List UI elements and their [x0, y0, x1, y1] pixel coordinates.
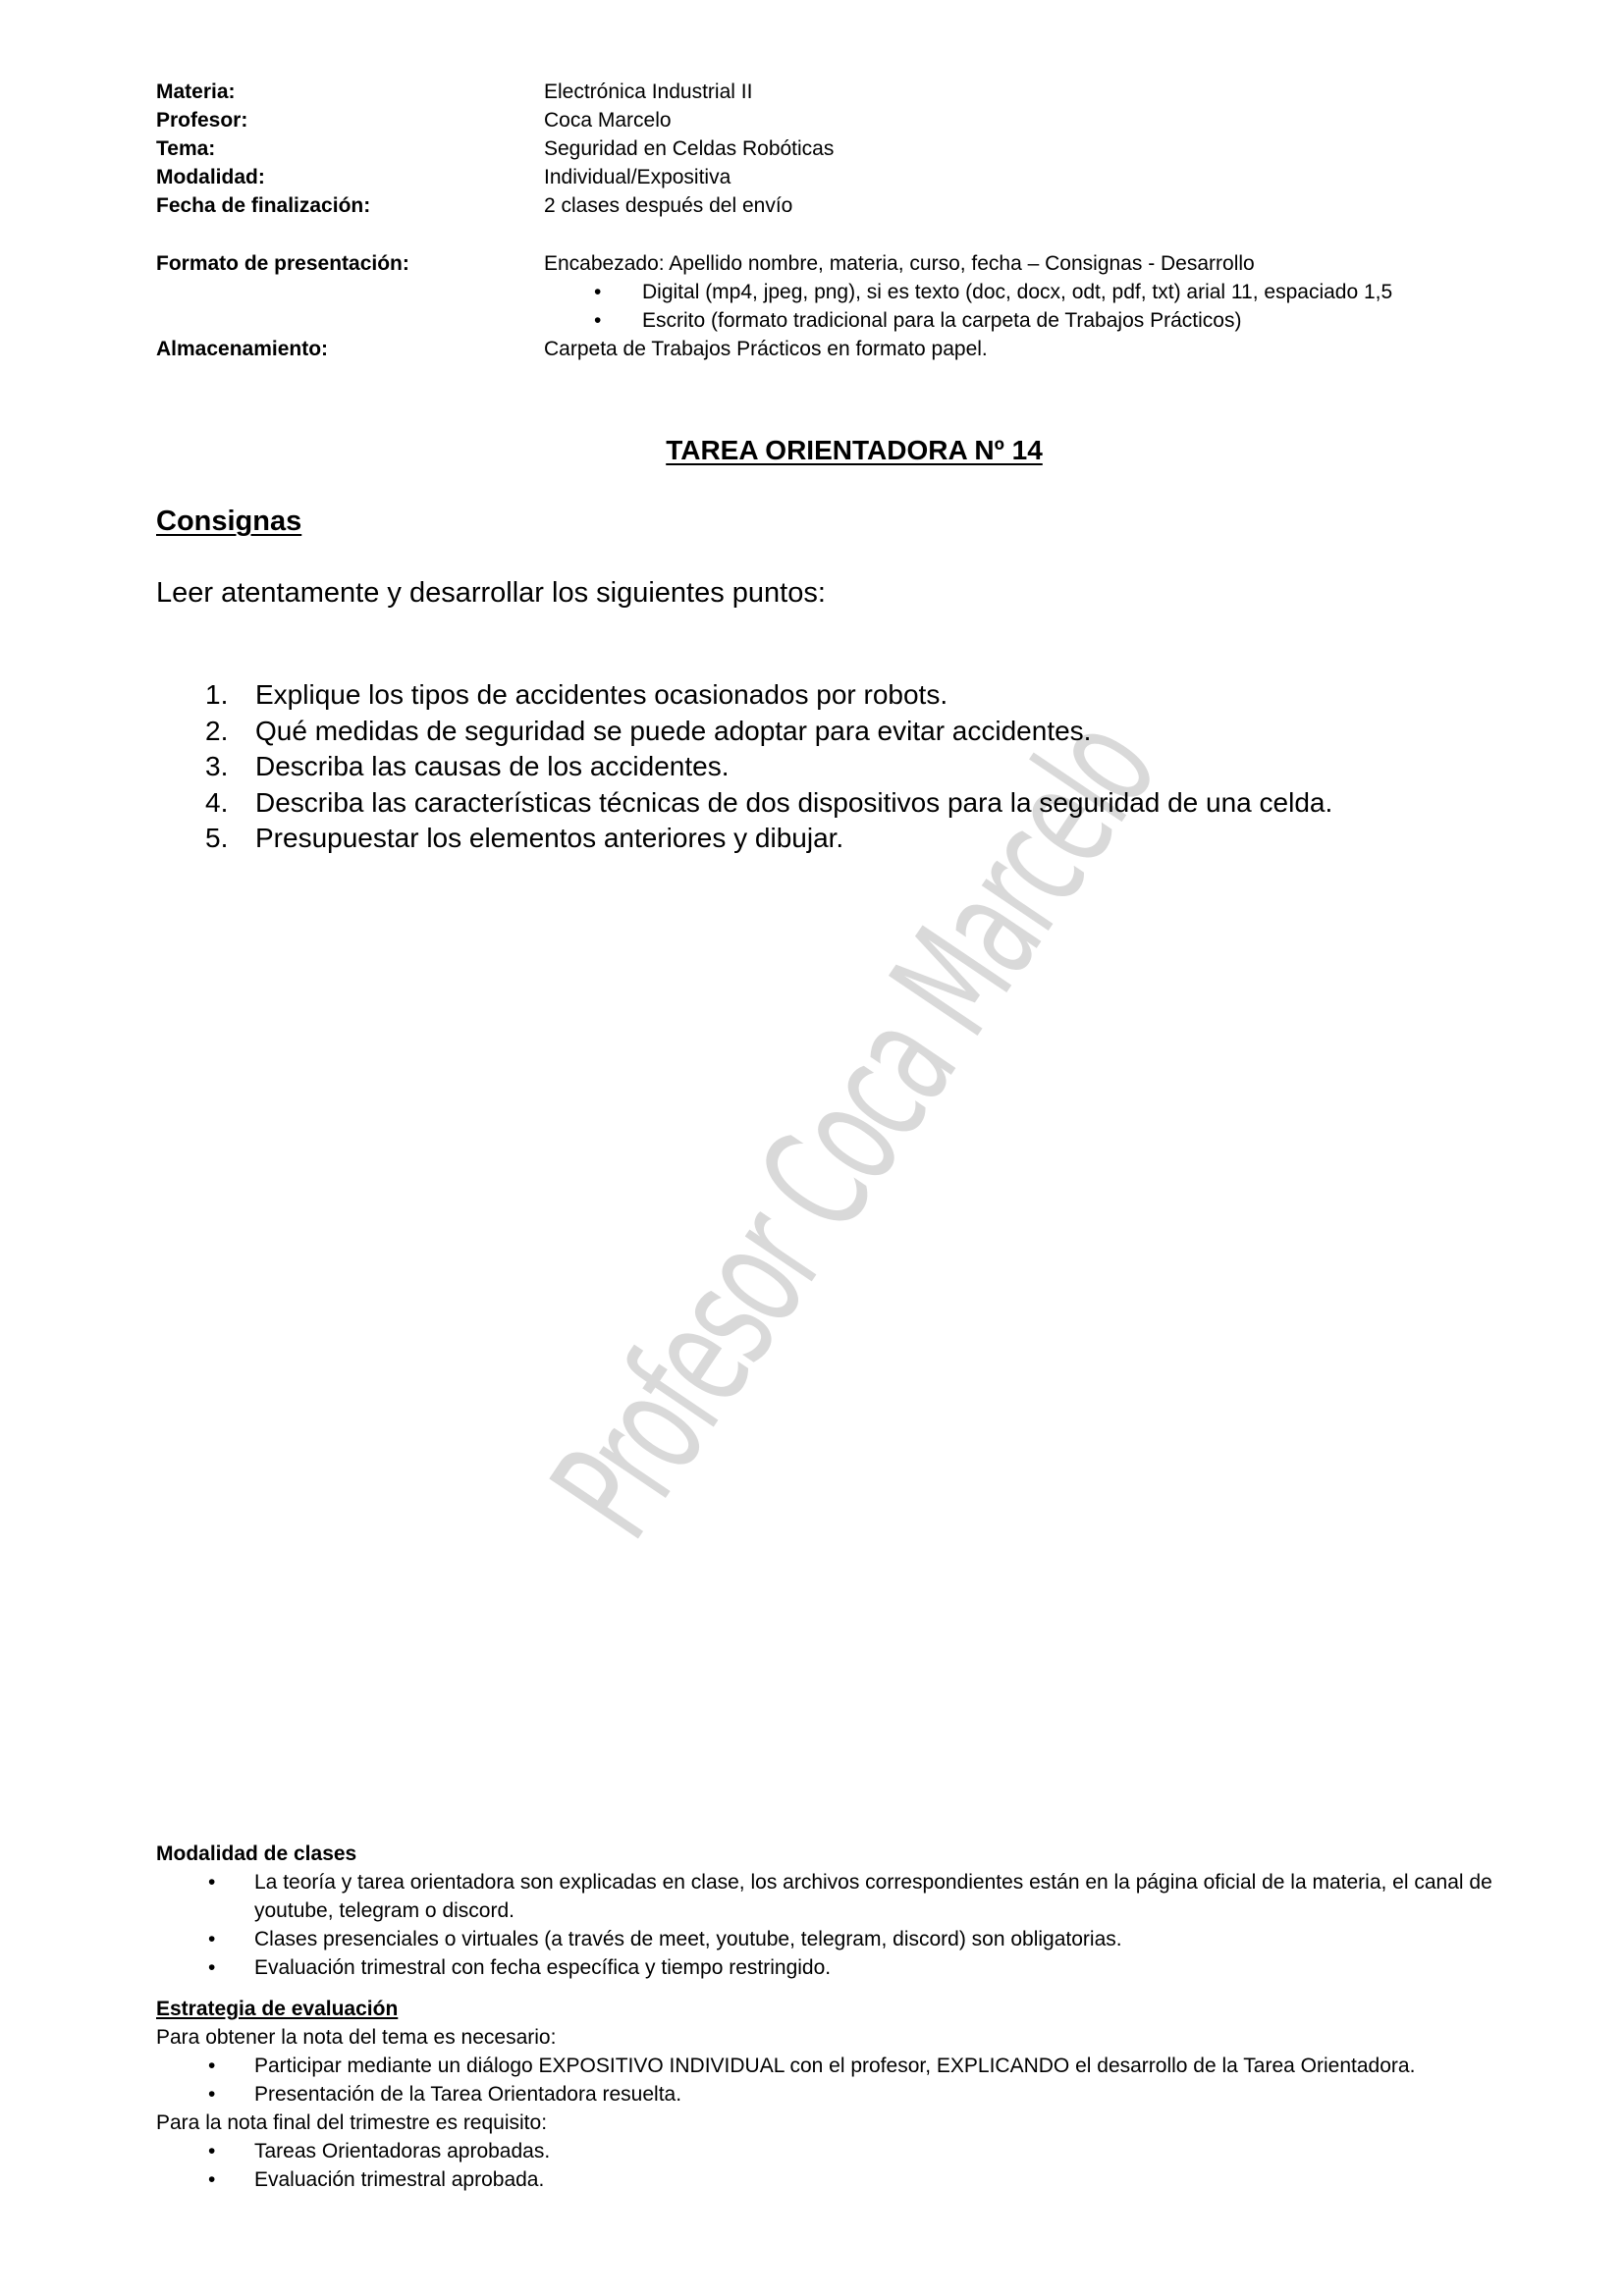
meta-label: Modalidad: — [156, 163, 265, 191]
item-text: Presupuestar los elementos anteriores y … — [255, 821, 843, 856]
item-text: Describa las causas de los accidentes. — [255, 749, 729, 784]
item-number: 4. — [205, 785, 228, 821]
consignas-intro: Leer atentamente y desarrollar los sigui… — [156, 577, 826, 610]
list-item: •Clases presenciales o virtuales (a trav… — [156, 1925, 1521, 1953]
list-item: •Evaluación trimestral aprobada. — [156, 2165, 1521, 2194]
meta-value: Coca Marcelo — [544, 106, 672, 134]
list-item: •La teoría y tarea orientadora son expli… — [156, 1868, 1521, 1925]
meta-label: Formato de presentación: — [156, 249, 409, 278]
meta-label: Tema: — [156, 134, 215, 163]
modalidad-clases-heading: Modalidad de clases — [156, 1840, 1531, 1868]
bullet-icon: • — [208, 1953, 215, 1982]
item-number: 3. — [205, 749, 228, 784]
item-number: 1. — [205, 677, 228, 713]
list-item: •Tareas Orientadoras aprobadas. — [156, 2137, 1521, 2165]
bullet-text: La teoría y tarea orientadora son explic… — [254, 1871, 1492, 1922]
document-title: TAREA ORIENTADORA Nº 14 — [0, 435, 1624, 466]
list-item: 3. Describa las causas de los accidentes… — [0, 749, 1624, 785]
consignas-heading: Consignas — [156, 506, 301, 538]
item-text: Qué medidas de seguridad se puede adopta… — [255, 714, 1091, 749]
document-page: Profesor Coca Marcelo Materia: Electróni… — [0, 0, 1624, 2296]
bullet-icon: • — [208, 2052, 215, 2080]
bullet-text: Clases presenciales o virtuales (a travé… — [254, 1928, 1122, 1950]
estrategia-list-2: •Tareas Orientadoras aprobadas. •Evaluac… — [156, 2137, 1531, 2194]
meta-value: 2 clases después del envío — [544, 191, 792, 220]
meta-label: Profesor: — [156, 106, 247, 134]
estrategia-section: Estrategia de evaluación Para obtener la… — [156, 1995, 1531, 2194]
bullet-icon: • — [208, 2080, 215, 2109]
meta-value: Encabezado: Apellido nombre, materia, cu… — [544, 249, 1255, 278]
meta-value: Carpeta de Trabajos Prácticos en formato… — [544, 335, 988, 363]
meta-label: Fecha de finalización: — [156, 191, 370, 220]
bullet-text: Digital (mp4, jpeg, png), si es texto (d… — [642, 278, 1392, 306]
list-item: 1. Explique los tipos de accidentes ocas… — [0, 677, 1624, 714]
bullet-icon: • — [594, 278, 601, 306]
bullet-text: Tareas Orientadoras aprobadas. — [254, 2140, 550, 2163]
item-number: 2. — [205, 714, 228, 749]
meta-value: Seguridad en Celdas Robóticas — [544, 134, 834, 163]
modalidad-clases-section: Modalidad de clases •La teoría y tarea o… — [156, 1840, 1531, 1982]
watermark: Profesor Coca Marcelo — [360, 454, 1349, 1804]
item-number: 5. — [205, 821, 228, 856]
bullet-icon: • — [208, 2165, 215, 2194]
list-item: 4. Describa las características técnicas… — [0, 785, 1624, 822]
list-item: •Evaluación trimestral con fecha específ… — [156, 1953, 1521, 1982]
list-item: 2. Qué medidas de seguridad se puede ado… — [0, 714, 1624, 750]
bullet-text: Presentación de la Tarea Orientadora res… — [254, 2083, 681, 2106]
consignas-list: 1. Explique los tipos de accidentes ocas… — [0, 677, 1624, 857]
meta-label: Almacenamiento: — [156, 335, 328, 363]
item-text: Explique los tipos de accidentes ocasion… — [255, 677, 947, 713]
estrategia-intro-2: Para la nota final del trimestre es requ… — [156, 2109, 1531, 2137]
meta-label: Materia: — [156, 78, 236, 106]
estrategia-heading: Estrategia de evaluación — [156, 1995, 1531, 2023]
list-item: •Participar mediante un diálogo EXPOSITI… — [156, 2052, 1521, 2080]
estrategia-list-1: •Participar mediante un diálogo EXPOSITI… — [156, 2052, 1531, 2109]
bullet-icon: • — [208, 2137, 215, 2165]
meta-value: Electrónica Industrial II — [544, 78, 752, 106]
bullet-text: Evaluación trimestral aprobada. — [254, 2168, 544, 2191]
bullet-text: Evaluación trimestral con fecha específi… — [254, 1956, 831, 1979]
list-item: •Presentación de la Tarea Orientadora re… — [156, 2080, 1521, 2109]
meta-value: Individual/Expositiva — [544, 163, 731, 191]
list-item: 5. Presupuestar los elementos anteriores… — [0, 821, 1624, 857]
modalidad-clases-list: •La teoría y tarea orientadora son expli… — [156, 1868, 1531, 1982]
item-text: Describa las características técnicas de… — [255, 785, 1332, 821]
estrategia-intro-1: Para obtener la nota del tema es necesar… — [156, 2023, 1531, 2052]
bullet-icon: • — [594, 306, 601, 335]
bullet-icon: • — [208, 1868, 215, 1896]
bullet-text: Escrito (formato tradicional para la car… — [642, 306, 1241, 335]
bullet-text: Participar mediante un diálogo EXPOSITIV… — [254, 2055, 1415, 2077]
bullet-icon: • — [208, 1925, 215, 1953]
